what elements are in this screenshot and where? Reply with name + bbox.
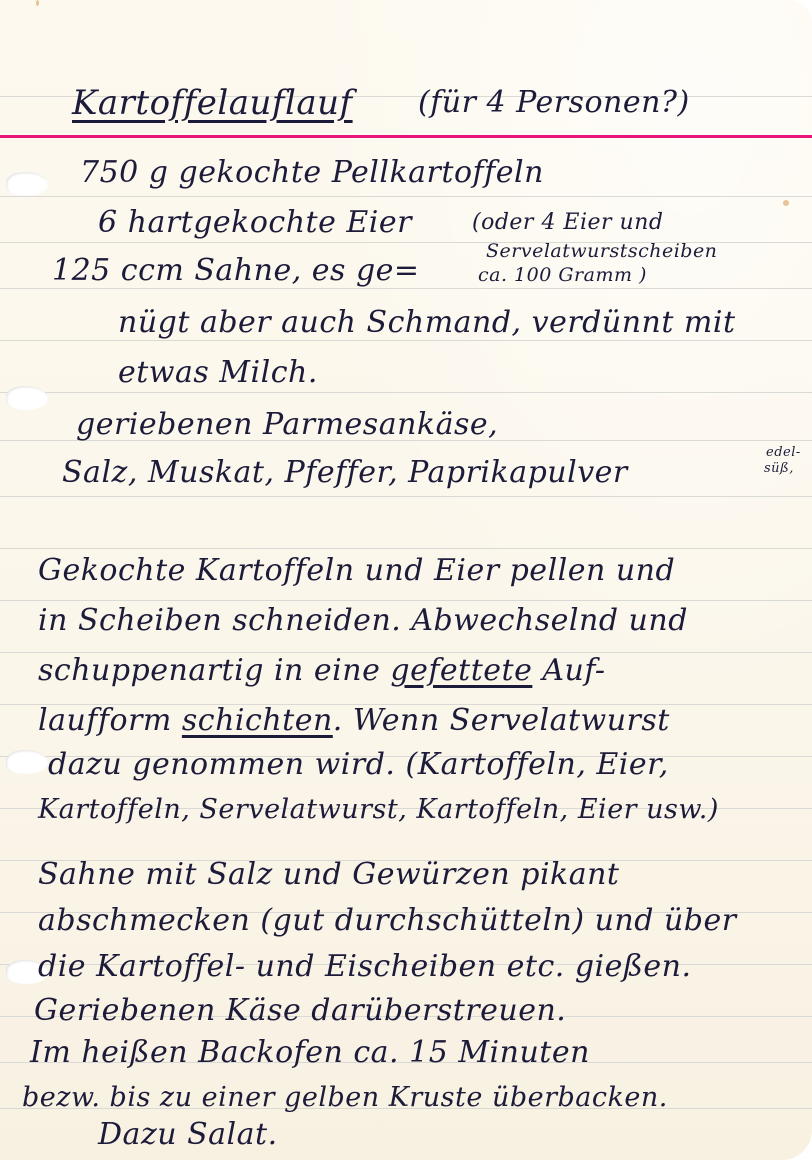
- instruction-line: schuppenartig in eine gefettete Auf-: [38, 656, 606, 686]
- instruction-line: Sahne mit Salz und Gewürzen pikant: [38, 860, 619, 890]
- recipe-title: Kartoffelauflauf: [72, 86, 353, 120]
- recipe-page: Kartoffelauflauf (für 4 Personen?) 750 g…: [0, 0, 812, 1160]
- punch-hole: [6, 386, 48, 410]
- ingredient-milk: etwas Milch.: [118, 358, 318, 388]
- servings-note: (für 4 Personen?): [418, 88, 690, 118]
- pink-margin-line: [0, 135, 812, 138]
- instruction-line: die Kartoffel- und Eischeiben etc. gieße…: [38, 952, 692, 982]
- ingredient-cream: 125 ccm Sahne, es ge=: [52, 256, 420, 286]
- stain: [36, 0, 39, 6]
- spice-note-suess: süß,: [764, 462, 794, 475]
- punch-hole: [6, 750, 48, 774]
- punch-hole: [6, 172, 48, 196]
- stain: [783, 200, 789, 206]
- instruction-line: Kartoffeln, Servelatwurst, Kartoffeln, E…: [38, 796, 719, 823]
- instruction-line: laufform schichten. Wenn Servelatwurst: [38, 706, 670, 736]
- instruction-line: Geriebenen Käse darüberstreuen.: [34, 996, 566, 1026]
- underlined-greased: gefettete: [390, 653, 532, 688]
- instruction-line: dazu genommen wird. (Kartoffeln, Eier,: [48, 750, 669, 780]
- ingredient-cream-cont: nügt aber auch Schmand, verdünnt mit: [118, 308, 736, 338]
- instruction-line: bezw. bis zu einer gelben Kruste überbac…: [22, 1084, 668, 1111]
- sausage-weight-note: ca. 100 Gramm ): [478, 266, 647, 285]
- instruction-line: in Scheiben schneiden. Abwechselnd und: [38, 606, 688, 636]
- ingredient-eggs: 6 hartgekochte Eier: [98, 208, 412, 238]
- instruction-line: Im heißen Backofen ca. 15 Minuten: [30, 1038, 590, 1068]
- ingredient-potatoes: 750 g gekochte Pellkartoffeln: [80, 158, 544, 188]
- instruction-line: abschmecken (gut durchschütteln) und übe…: [38, 906, 737, 936]
- ingredient-spices: Salz, Muskat, Pfeffer, Paprikapulver: [62, 458, 628, 488]
- underlined-layer: schichten: [182, 703, 333, 738]
- eggs-alternative-note: (oder 4 Eier und: [472, 212, 663, 234]
- sausage-note: Servelatwurstscheiben: [486, 242, 717, 261]
- ingredient-parmesan: geriebenen Parmesankäse,: [76, 410, 498, 440]
- instruction-line: Gekochte Kartoffeln und Eier pellen und: [38, 556, 675, 586]
- spice-note-edel: edel-: [766, 446, 801, 459]
- serving-suggestion: Dazu Salat.: [98, 1120, 278, 1150]
